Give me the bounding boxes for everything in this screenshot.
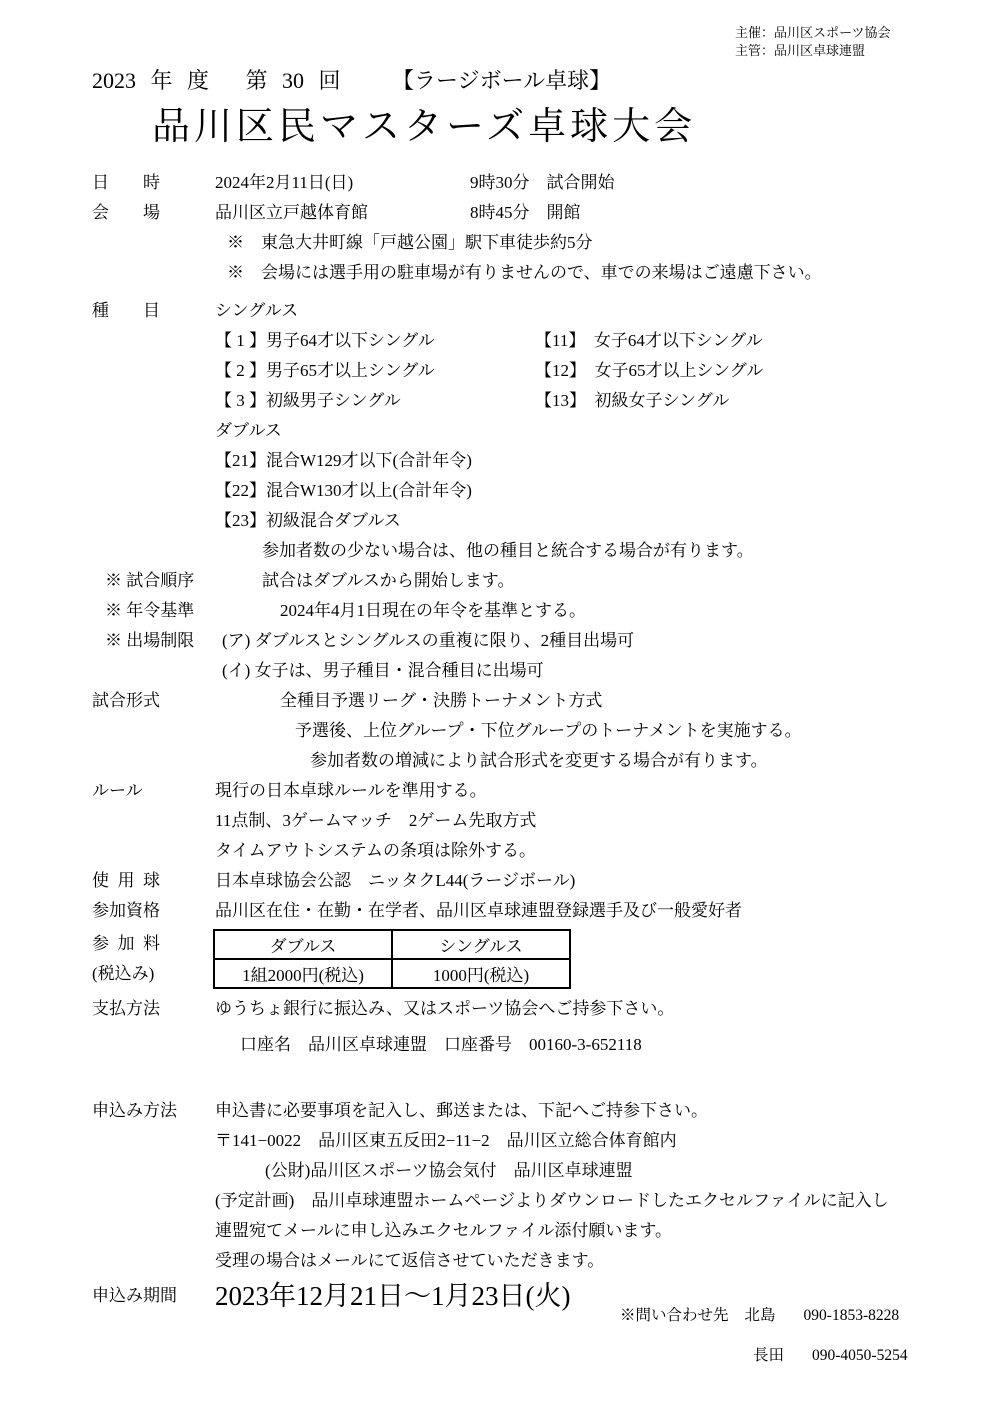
- application-line: (公財)品川区スポーツ協会気付 品川区卓球連盟: [265, 1156, 952, 1186]
- event-item: 【13】 初級女子シングル: [535, 391, 729, 410]
- rules-line: タイムアウトシステムの条項は除外する。: [215, 836, 952, 866]
- venue-value: 品川区立戸越体育館: [215, 198, 470, 228]
- format-line: 参加者数の増減により試合形式を変更する場合が有ります。: [310, 746, 952, 776]
- entry-limit-note-2: (イ) 女子は、男子種目・混合種目に出場可: [222, 656, 952, 686]
- event-item: 【22】混合W130才以上(合計年令): [215, 476, 952, 506]
- note-text: (ア) ダブルスとシングルスの重複に限り、2種目出場可: [222, 631, 634, 650]
- ball-text: 日本卓球協会公認 ニッタクL44(ラージボール): [215, 871, 575, 890]
- date-label: 日時: [92, 168, 160, 198]
- match-order-note: ※ 試合順序試合はダブルスから開始します。: [105, 566, 952, 596]
- fee-table: ダブルス シングルス 1組2000円(税込) 1000円(税込): [213, 929, 571, 989]
- fee-label: 参加料: [92, 929, 160, 959]
- venue-label: 会場: [92, 198, 160, 228]
- fee-table-value-row: 1組2000円(税込) 1000円(税込): [214, 959, 570, 988]
- date-value: 2024年2月11日(日): [215, 168, 470, 198]
- tournament-flyer: 主催：品川区スポーツ協会 主管：品川区卓球連盟 2023 年 度 第 30 回 …: [0, 0, 992, 1403]
- event-item: 【21】混合W129才以下(合計年令): [215, 446, 952, 476]
- contact-line: 長田090-4050-5254: [620, 1336, 908, 1376]
- fee-table-header-row: ダブルス シングルス: [214, 930, 570, 959]
- fee-labels: 参加料 (税込み): [92, 929, 213, 989]
- event-item: 【12】 女子65才以上シングル: [535, 361, 763, 380]
- contact-phone: 090-1853-8228: [804, 1307, 900, 1324]
- edition-line: 2023 年 度 第 30 回 【ラージボール卓球】: [92, 64, 611, 95]
- eligibility-text: 品川区在住・在勤・在学者、品川区卓球連盟登録選手及び一般愛好者: [215, 901, 742, 920]
- venue-open-time: 8時45分 開館: [470, 203, 581, 222]
- fee-section: 参加料 (税込み) ダブルス シングルス 1組2000円(税込) 1000円(税…: [92, 929, 952, 989]
- note-label: ※ 出場制限: [105, 626, 222, 656]
- format-label: 試合形式: [92, 686, 280, 716]
- organizer-manager: 主管：品川区卓球連盟: [735, 42, 890, 60]
- rules-row: ルール現行の日本卓球ルールを準用する。: [92, 776, 952, 806]
- format-line: 予選後、上位グループ・下位グループのトーナメントを実施する。: [295, 716, 952, 746]
- payment-text: ゆうちょ銀行に振込み、又はスポーツ協会へご持参下さい。: [215, 999, 674, 1018]
- format-line: 全種目予選リーグ・決勝トーナメント方式: [280, 691, 602, 710]
- note-label: ※ 試合順序: [105, 566, 222, 596]
- fee-value-doubles: 1組2000円(税込): [214, 959, 392, 988]
- venue-note: ※ 東急大井町線「戸越公園」駅下車徒歩約5分: [227, 228, 952, 258]
- fee-tax-label: (税込み): [92, 959, 213, 989]
- organizer-host: 主催：品川区スポーツ協会: [735, 24, 890, 42]
- contact-line: ※問い合わせ先北島090-1853-8228: [620, 1296, 908, 1336]
- singles-row: 【 1 】男子64才以下シングル【11】 女子64才以下シングル: [215, 326, 952, 356]
- application-row: 申込み方法申込書に必要事項を記入し、郵送または、下記へご持参下さい。: [92, 1096, 952, 1126]
- events-label: 種目: [92, 296, 160, 326]
- eligibility-label: 参加資格: [92, 896, 215, 926]
- note-text: 試合はダブルスから開始します。: [262, 571, 514, 590]
- eligibility-row: 参加資格品川区在住・在勤・在学者、品川区卓球連盟登録選手及び一般愛好者: [92, 896, 952, 926]
- age-basis-note: ※ 年令基準2024年4月1日現在の年令を基準とする。: [105, 596, 952, 626]
- format-row: 試合形式全種目予選リーグ・決勝トーナメント方式: [92, 686, 952, 716]
- payment-label: 支払方法: [92, 994, 215, 1024]
- organizer-block: 主催：品川区スポーツ協会 主管：品川区卓球連盟: [735, 24, 890, 60]
- event-item: 【11】 女子64才以下シングル: [535, 331, 763, 350]
- contact-block: ※問い合わせ先北島090-1853-8228 長田090-4050-5254: [620, 1296, 908, 1376]
- venue-note: ※ 会場には選手用の駐車場が有りませんので、車での来場はご遠慮下さい。: [227, 258, 952, 288]
- fee-value-singles: 1000円(税込): [392, 959, 570, 988]
- account-line: 口座名 品川区卓球連盟 口座番号 00160-3-652118: [240, 1030, 952, 1060]
- event-item: 【 3 】初級男子シングル: [215, 386, 535, 416]
- venue-row: 会場品川区立戸越体育館8時45分 開館: [92, 198, 952, 228]
- note-label: ※ 年令基準: [105, 596, 222, 626]
- application-line: 申込書に必要事項を記入し、郵送または、下記へご持参下さい。: [215, 1101, 708, 1120]
- events-row: 種目シングルス: [92, 296, 952, 326]
- doubles-header: ダブルス: [215, 416, 952, 446]
- date-start-time: 9時30分 試合開始: [470, 173, 615, 192]
- date-row: 日時2024年2月11日(日)9時30分 試合開始: [92, 168, 952, 198]
- application-line: 連盟宛てメールに申し込みエクセルファイル添付願います。: [215, 1216, 952, 1246]
- singles-header: シングルス: [215, 301, 298, 320]
- entry-limit-note: ※ 出場制限(ア) ダブルスとシングルスの重複に限り、2種目出場可: [105, 626, 952, 656]
- event-item: 【23】初級混合ダブルス: [215, 506, 952, 536]
- application-line: (予定計画) 品川卓球連盟ホームページよりダウンロードしたエクセルファイルに記入…: [215, 1186, 952, 1216]
- application-label: 申込み方法: [92, 1096, 215, 1126]
- spacer: [92, 1060, 952, 1096]
- contact-name: 長田: [753, 1347, 784, 1364]
- singles-row: 【 2 】男子65才以上シングル【12】 女子65才以上シングル: [215, 356, 952, 386]
- contact-heading: ※問い合わせ先: [620, 1307, 729, 1324]
- contact-phone: 090-4050-5254: [812, 1347, 908, 1364]
- edition-text: 2023 年 度 第 30 回: [92, 68, 341, 93]
- application-line: 〒141−0022 品川区東五反田2−11−2 品川区立総合体育館内: [215, 1126, 952, 1156]
- payment-row: 支払方法ゆうちょ銀行に振込み、又はスポーツ協会へご持参下さい。: [92, 994, 952, 1024]
- contact-name: 北島: [745, 1307, 776, 1324]
- merge-note: 参加者数の少ない場合は、他の種目と統合する場合が有ります。: [262, 536, 952, 566]
- application-line: 受理の場合はメールにて返信させていただきます。: [215, 1246, 952, 1276]
- ball-row: 使用球日本卓球協会公認 ニッタクL44(ラージボール): [92, 866, 952, 896]
- event-item: 【 1 】男子64才以下シングル: [215, 326, 535, 356]
- rules-label: ルール: [92, 776, 215, 806]
- singles-row: 【 3 】初級男子シングル【13】 初級女子シングル: [215, 386, 952, 416]
- rules-line: 11点制、3ゲームマッチ 2ゲーム先取方式: [215, 806, 952, 836]
- note-text: 2024年4月1日現在の年令を基準とする。: [280, 601, 586, 620]
- spacer: [92, 288, 952, 296]
- period-label: 申込み期間: [92, 1276, 215, 1316]
- period-date: 2023年12月21日〜1月23日(火): [215, 1281, 570, 1311]
- fee-header-singles: シングルス: [392, 930, 570, 959]
- page-title: 品川区民マスターズ卓球大会: [152, 95, 696, 150]
- event-item: 【 2 】男子65才以上シングル: [215, 356, 535, 386]
- event-category: 【ラージボール卓球】: [392, 68, 611, 93]
- fee-header-doubles: ダブルス: [214, 930, 392, 959]
- flyer-body: 日時2024年2月11日(日)9時30分 試合開始 会場品川区立戸越体育館8時4…: [92, 168, 952, 1320]
- rules-line: 現行の日本卓球ルールを準用する。: [215, 781, 487, 800]
- ball-label: 使用球: [92, 866, 160, 896]
